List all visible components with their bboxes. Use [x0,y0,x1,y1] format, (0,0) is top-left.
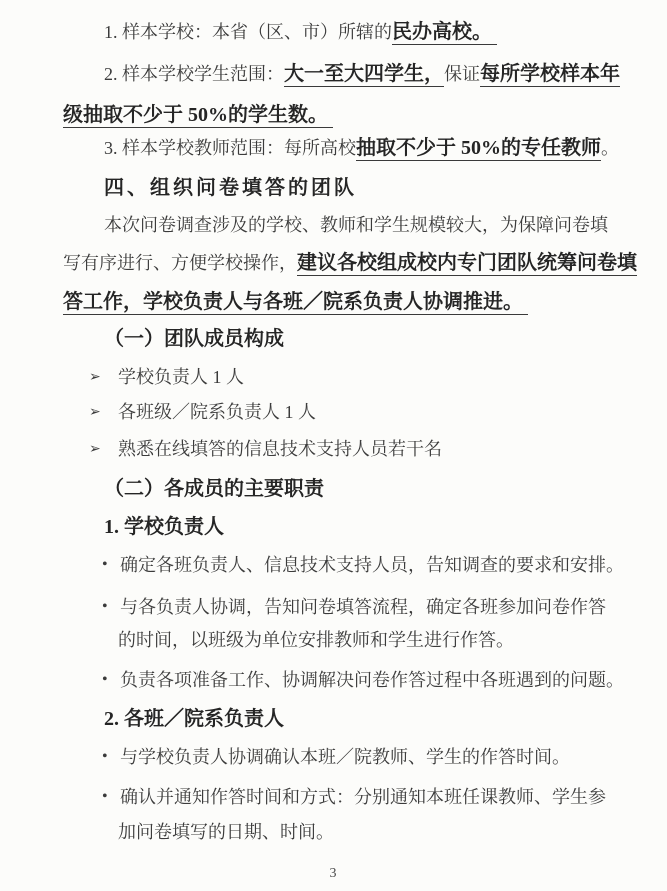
text-segment: 负责各项准备工作、协调解决问卷作答过程中各班遇到的问题。 [120,670,624,690]
scan-speck [76,106,81,108]
text-segment: 加问卷填写的日期、时间。 [118,822,334,842]
arrow-list-item: ➢学校负责人 1 人 [63,358,625,396]
arrow-list-item: ➢各班级／院系负责人 1 人 [63,393,625,431]
bullet-list-item: •负责各项准备工作、协调解决问卷作答过程中各班遇到的问题。 [63,661,625,699]
text-segment: 写有序进行、方便学校操作， [63,253,297,273]
text-segment: 大一至大四学生， [284,63,444,87]
arrow-bullet-icon: ➢ [89,358,101,396]
text-segment: 四、组织问卷填答的团队 [104,177,357,199]
paragraph-continuation: 答工作，学校负责人与各班／院系负责人协调推进。 [63,283,625,321]
text-segment: 确认并通知作答时间和方式：分别通知本班任课教师、学生参 [120,787,606,807]
subsection-heading: （一）团队成员构成 [63,320,625,358]
text-segment: 确定各班负责人、信息技术支持人员，告知调查的要求和安排。 [120,555,624,575]
text-segment: 答工作，学校负责人与各班／院系负责人协调推进。 [63,291,528,315]
arrow-bullet-icon: ➢ [89,393,101,431]
text-segment: 1. 学校负责人 [104,516,224,538]
bullet-continuation: 的时间，以班级为单位安排教师和学生进行作答。 [63,621,625,659]
text-segment: 各班级／院系负责人 1 人 [118,402,316,422]
text-segment: 3. 样本学校教师范围：每所高校 [104,138,356,158]
scan-speck [75,112,79,114]
text-segment: 的时间，以班级为单位安排教师和学生进行作答。 [118,630,514,650]
dot-bullet-icon: • [102,661,108,699]
text-segment: 民办高校。 [392,21,497,45]
text-segment: 1. 样本学校：本省（区、市）所辖的 [104,22,392,42]
paragraph-continuation: 写有序进行、方便学校操作，建议各校组成校内专门团队统筹问卷填 [63,244,625,282]
text-segment: 抽取不少于 50%的专任教师 [356,137,601,161]
dot-bullet-icon: • [102,738,108,776]
text-segment: 建议各校组成校内专门团队统筹问卷填 [297,252,637,276]
text-segment: 学校负责人 1 人 [118,367,244,387]
role-heading: 1. 学校负责人 [63,508,625,546]
text-segment: 。 [601,138,619,158]
text-segment: 与学校负责人协调确认本班／院教师、学生的作答时间。 [120,747,570,767]
text-segment: 与各负责人协调，告知问卷填答流程，确定各班参加问卷作答 [120,597,606,617]
document-page: 1. 样本学校：本省（区、市）所辖的民办高校。 2. 样本学校学生范围：大一至大… [0,0,667,891]
text-segment: 本次问卷调查涉及的学校、教师和学生规模较大，为保障问卷填 [104,215,608,235]
text-segment: （二）各成员的主要职责 [104,478,324,500]
bullet-list-item: •确认并通知作答时间和方式：分别通知本班任课教师、学生参 [63,778,625,816]
page-number: 3 [0,866,667,882]
text-segment: 2. 各班／院系负责人 [104,708,284,730]
dot-bullet-icon: • [102,778,108,816]
bullet-continuation: 加问卷填写的日期、时间。 [63,813,625,851]
text-segment: 保证 [444,64,480,84]
text-segment: 每所学校样本年 [480,63,620,87]
numbered-item: 3. 样本学校教师范围：每所高校抽取不少于 50%的专任教师。 [63,129,625,167]
bullet-list-item: •确定各班负责人、信息技术支持人员，告知调查的要求和安排。 [63,546,625,584]
text-segment: 2. 样本学校学生范围： [104,64,284,84]
text-segment: （一）团队成员构成 [104,328,284,350]
role-heading: 2. 各班／院系负责人 [63,700,625,738]
section-heading: 四、组织问卷填答的团队 [63,169,625,207]
arrow-bullet-icon: ➢ [89,430,101,468]
text-segment: 熟悉在线填答的信息技术支持人员若干名 [118,439,442,459]
numbered-item: 2. 样本学校学生范围：大一至大四学生，保证每所学校样本年 [63,55,625,93]
dot-bullet-icon: • [102,546,108,584]
document-body: 1. 样本学校：本省（区、市）所辖的民办高校。 2. 样本学校学生范围：大一至大… [63,0,625,891]
numbered-item: 1. 样本学校：本省（区、市）所辖的民办高校。 [63,13,625,51]
bullet-list-item: •与学校负责人协调确认本班／院教师、学生的作答时间。 [63,738,625,776]
subsection-heading: （二）各成员的主要职责 [63,470,625,508]
paragraph-line: 本次问卷调查涉及的学校、教师和学生规模较大，为保障问卷填 [63,206,625,244]
text-segment: 级抽取不少于 50%的学生数。 [63,104,333,128]
arrow-list-item: ➢熟悉在线填答的信息技术支持人员若干名 [63,430,625,468]
